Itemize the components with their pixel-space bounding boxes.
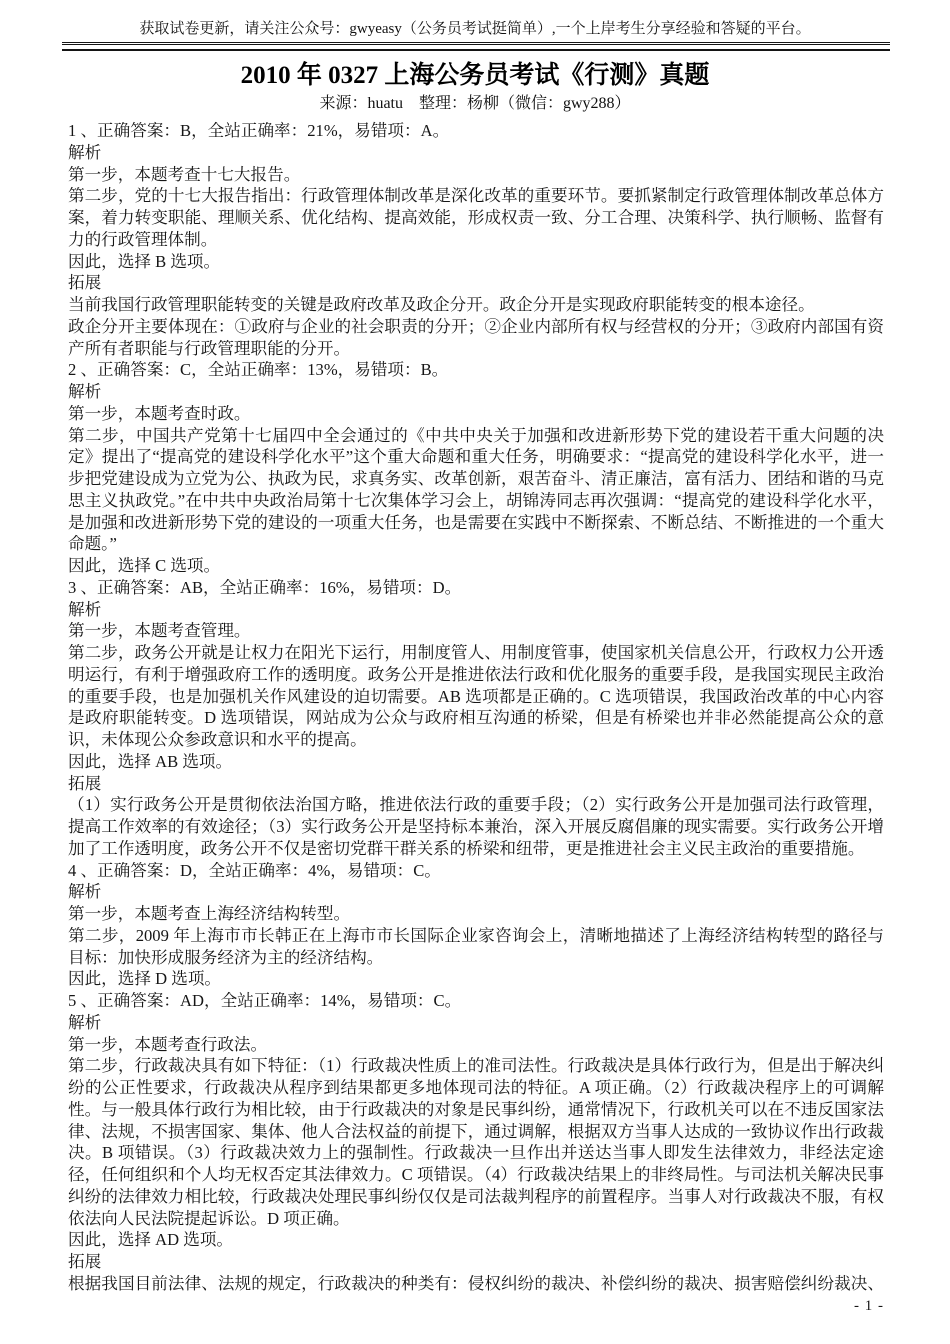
document-paragraph: 因此，选择 AB 选项。 <box>68 751 884 773</box>
answer-line: 2 、正确答案：C，全站正确率：13%，易错项：B。 <box>68 359 884 381</box>
section-label: 解析 <box>68 381 884 403</box>
answer-line: 4 、正确答案：D，全站正确率：4%，易错项：C。 <box>68 860 884 882</box>
document-paragraph: 第二步，中国共产党第十七届四中全会通过的《中共中央关于加强和改进新形势下党的建设… <box>68 425 884 556</box>
section-label: 拓展 <box>68 1251 884 1273</box>
page-footer: - 1 - <box>854 1297 884 1315</box>
section-label: 解析 <box>68 142 884 164</box>
document-paragraph: 第一步，本题考查上海经济结构转型。 <box>68 903 884 925</box>
document-page: 获取试卷更新，请关注公众号：gwyeasy（公务员考试挺简单）,一个上岸考生分享… <box>0 0 950 1344</box>
document-paragraph: 第一步，本题考查十七大报告。 <box>68 164 884 186</box>
document-paragraph: 根据我国目前法律、法规的规定，行政裁决的种类有：侵权纠纷的裁决、补偿纠纷的裁决、… <box>68 1273 884 1295</box>
document-paragraph: 因此，选择 B 选项。 <box>68 251 884 273</box>
answer-line: 3 、正确答案：AB，全站正确率：16%，易错项：D。 <box>68 577 884 599</box>
section-label: 拓展 <box>68 773 884 795</box>
source-line: 来源：huatu 整理：杨柳（微信：gwy288） <box>0 94 950 114</box>
answer-line: 5 、正确答案：AD，全站正确率：14%，易错项：C。 <box>68 990 884 1012</box>
document-body: 1 、正确答案：B，全站正确率：21%，易错项：A。解析第一步，本题考查十七大报… <box>68 120 884 1295</box>
page-header: 获取试卷更新，请关注公众号：gwyeasy（公务员考试挺简单）,一个上岸考生分享… <box>0 0 950 51</box>
document-paragraph: 第一步，本题考查时政。 <box>68 403 884 425</box>
document-paragraph: 因此，选择 D 选项。 <box>68 968 884 990</box>
document-paragraph: 第二步，政务公开就是让权力在阳光下运行，用制度管人、用制度管事，使国家机关信息公… <box>68 642 884 751</box>
section-label: 拓展 <box>68 272 884 294</box>
document-paragraph: 第二步，党的十七大报告指出：行政管理体制改革是深化改革的重要环节。要抓紧制定行政… <box>68 185 884 250</box>
document-paragraph: 第二步，行政裁决具有如下特征：（1）行政裁决性质上的准司法性。行政裁决是具体行政… <box>68 1055 884 1229</box>
document-paragraph: 因此，选择 AD 选项。 <box>68 1229 884 1251</box>
document-paragraph: 第一步，本题考查行政法。 <box>68 1034 884 1056</box>
document-paragraph: 政企分开主要体现在：①政府与企业的社会职责的分开；②企业内部所有权与经营权的分开… <box>68 316 884 360</box>
header-notice: 获取试卷更新，请关注公众号：gwyeasy（公务员考试挺简单）,一个上岸考生分享… <box>0 0 950 39</box>
document-paragraph: 第二步，2009 年上海市市长韩正在上海市市长国际企业家咨询会上，清晰地描述了上… <box>68 925 884 969</box>
section-label: 解析 <box>68 881 884 903</box>
document-title: 2010 年 0327 上海公务员考试《行测》真题 <box>0 61 950 91</box>
section-label: 解析 <box>68 599 884 621</box>
header-divider <box>62 42 890 51</box>
document-paragraph: （1）实行政务公开是贯彻依法治国方略，推进依法行政的重要手段；（2）实行政务公开… <box>68 794 884 859</box>
document-paragraph: 第一步，本题考查管理。 <box>68 620 884 642</box>
section-label: 解析 <box>68 1012 884 1034</box>
answer-line: 1 、正确答案：B，全站正确率：21%，易错项：A。 <box>68 120 884 142</box>
document-paragraph: 当前我国行政管理职能转变的关键是政府改革及政企分开。政企分开是实现政府职能转变的… <box>68 294 884 316</box>
document-paragraph: 因此，选择 C 选项。 <box>68 555 884 577</box>
page-number: - 1 - <box>854 1298 884 1314</box>
